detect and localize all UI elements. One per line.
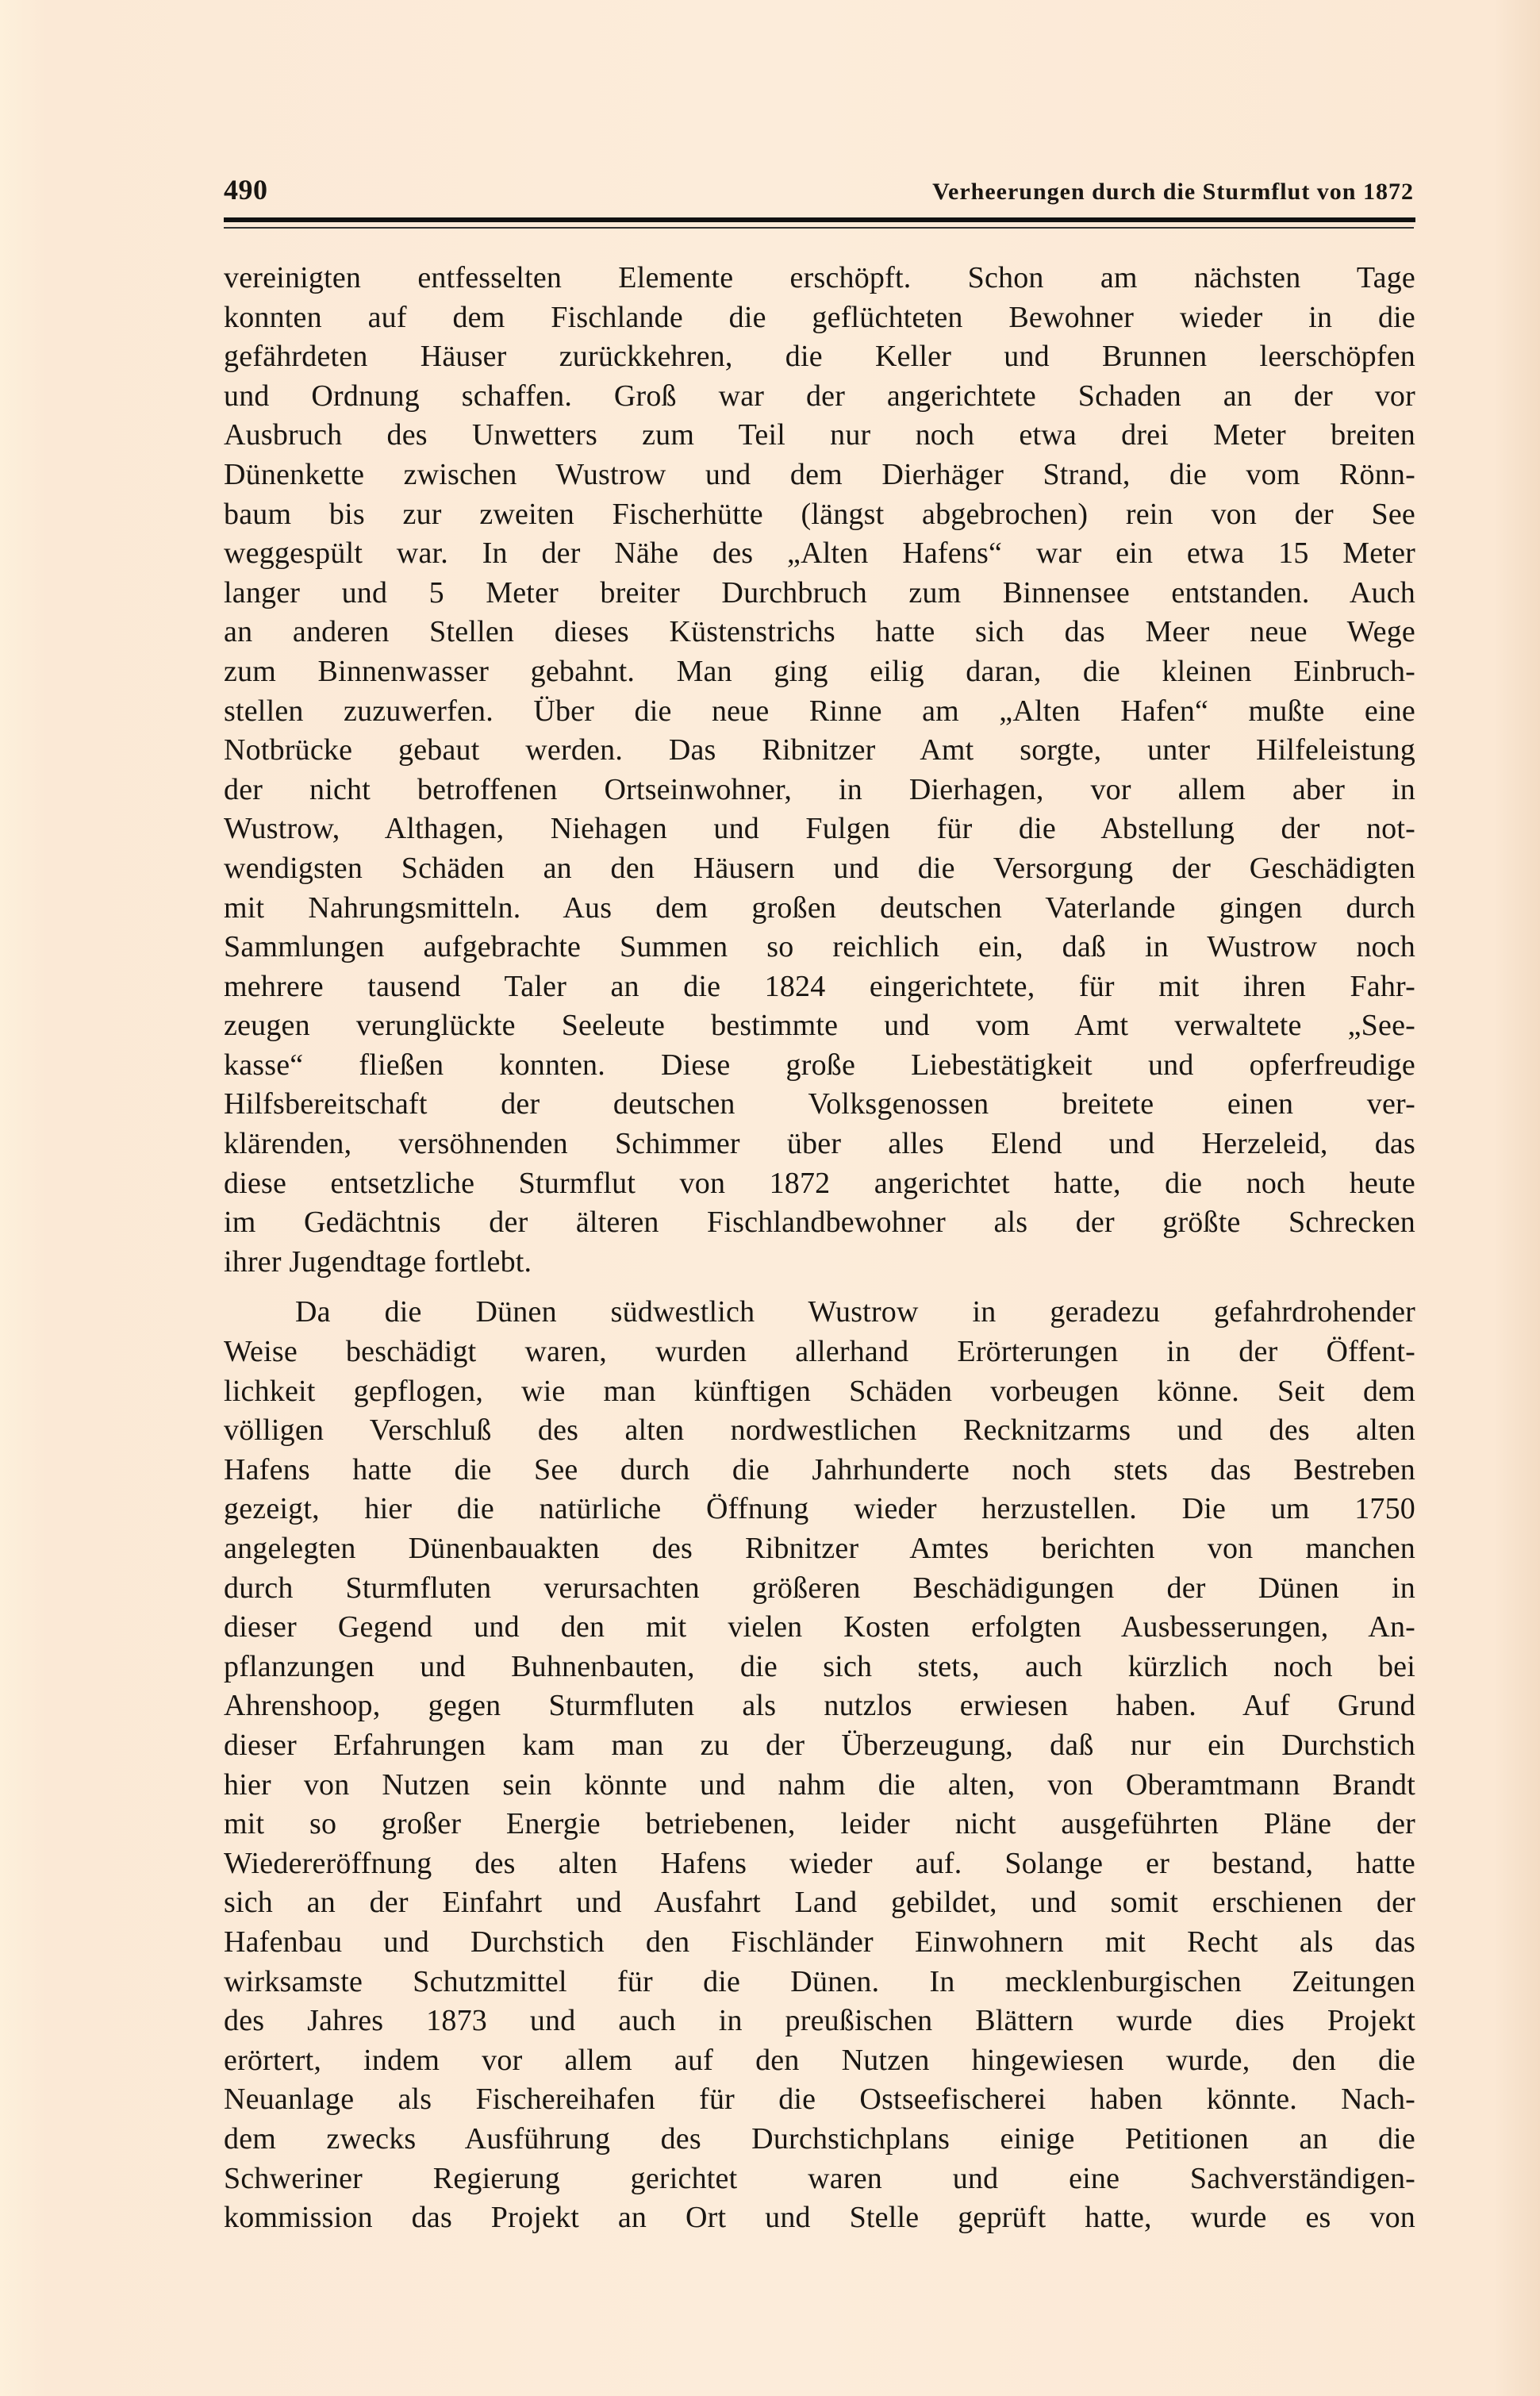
text-line: an anderen Stellen dieses Küstenstrichs … xyxy=(224,613,1415,652)
text-line: mit Nahrungsmitteln. Aus dem großen deut… xyxy=(224,889,1415,929)
text-line: gefährdeten Häuser zurückkehren, die Kel… xyxy=(224,337,1415,377)
text-line: kommission das Projekt an Ort und Stelle… xyxy=(224,2198,1415,2238)
text-line: ihrer Jugendtage fortlebt. xyxy=(224,1243,1415,1283)
text-line: Hafens hatte die See durch die Jahrhunde… xyxy=(224,1451,1415,1490)
book-page: 490 Verheerungen durch die Sturmflut von… xyxy=(0,0,1540,2396)
text-line: baum bis zur zweiten Fischerhütte (längs… xyxy=(224,495,1415,535)
text-line: mit so großer Energie betriebenen, leide… xyxy=(224,1805,1415,1844)
text-line: wirksamste Schutzmittel für die Dünen. I… xyxy=(224,1963,1415,2002)
text-line: lichkeit gepflogen, wie man künftigen Sc… xyxy=(224,1372,1415,1412)
text-line: langer und 5 Meter breiter Durchbruch zu… xyxy=(224,574,1415,613)
text-line: gezeigt, hier die natürliche Öffnung wie… xyxy=(224,1490,1415,1529)
text-line: Ahrenshoop, gegen Sturmfluten als nutzlo… xyxy=(224,1686,1415,1726)
text-line: Wiedereröffnung des alten Hafens wieder … xyxy=(224,1844,1415,1884)
text-line: weggespült war. In der Nähe des „Alten H… xyxy=(224,534,1415,574)
text-line: wendigsten Schäden an den Häusern und di… xyxy=(224,849,1415,889)
text-line: Weise beschädigt waren, wurden allerhand… xyxy=(224,1333,1415,1372)
text-line: und Ordnung schaffen. Groß war der anger… xyxy=(224,377,1415,417)
text-line: konnten auf dem Fischlande die geflüchte… xyxy=(224,298,1415,338)
text-line: Notbrücke gebaut werden. Das Ribnitzer A… xyxy=(224,731,1415,771)
text-line: kasse“ fließen konnten. Diese große Lieb… xyxy=(224,1046,1415,1086)
text-line: vereinigten entfesselten Elemente erschö… xyxy=(224,259,1415,298)
page-number: 490 xyxy=(224,173,268,206)
text-line: Hafenbau und Durchstich den Fischländer … xyxy=(224,1923,1415,1963)
text-line: Schweriner Regierung gerichtet waren und… xyxy=(224,2159,1415,2199)
text-line: Da die Dünen südwestlich Wustrow in gera… xyxy=(224,1293,1415,1333)
text-line: angelegten Dünenbauakten des Ribnitzer A… xyxy=(224,1529,1415,1569)
text-line: erörtert, indem vor allem auf den Nutzen… xyxy=(224,2041,1415,2081)
page-header: 490 Verheerungen durch die Sturmflut von… xyxy=(224,173,1414,221)
text-line: zeugen verunglückte Seeleute bestimmte u… xyxy=(224,1006,1415,1046)
running-title: Verheerungen durch die Sturmflut von 187… xyxy=(932,179,1414,206)
paragraph-gap xyxy=(224,1282,1415,1293)
text-line: zum Binnenwasser gebahnt. Man ging eilig… xyxy=(224,652,1415,692)
text-line: dieser Erfahrungen kam man zu der Überze… xyxy=(224,1726,1415,1766)
text-line: pflanzungen und Buhnenbauten, die sich s… xyxy=(224,1648,1415,1687)
text-line: durch Sturmfluten verursachten größeren … xyxy=(224,1569,1415,1609)
body-text: vereinigten entfesselten Elemente erschö… xyxy=(224,259,1415,2238)
header-rule-thick xyxy=(224,217,1415,222)
text-line: im Gedächtnis der älteren Fischlandbewoh… xyxy=(224,1203,1415,1243)
paragraph-1: vereinigten entfesselten Elemente erschö… xyxy=(224,259,1415,1282)
paragraph-2: Da die Dünen südwestlich Wustrow in gera… xyxy=(224,1293,1415,2237)
text-line: Neuanlage als Fischereihafen für die Ost… xyxy=(224,2080,1415,2120)
text-line: der nicht betroffenen Ortseinwohner, in … xyxy=(224,771,1415,810)
text-line: dem zwecks Ausführung des Durchstichplan… xyxy=(224,2120,1415,2159)
text-line: stellen zuzuwerfen. Über die neue Rinne … xyxy=(224,692,1415,732)
text-line: klärenden, versöhnenden Schimmer über al… xyxy=(224,1125,1415,1164)
text-line: Sammlungen aufgebrachte Summen so reichl… xyxy=(224,928,1415,967)
text-line: Dünenkette zwischen Wustrow und dem Dier… xyxy=(224,456,1415,495)
text-line: des Jahres 1873 und auch in preußischen … xyxy=(224,2002,1415,2041)
text-line: diese entsetzliche Sturmflut von 1872 an… xyxy=(224,1164,1415,1204)
text-line: Hilfsbereitschaft der deutschen Volksgen… xyxy=(224,1085,1415,1125)
text-line: Wustrow, Althagen, Niehagen und Fulgen f… xyxy=(224,810,1415,849)
text-line: hier von Nutzen sein könnte und nahm die… xyxy=(224,1766,1415,1806)
text-line: sich an der Einfahrt und Ausfahrt Land g… xyxy=(224,1883,1415,1923)
text-line: dieser Gegend und den mit vielen Kosten … xyxy=(224,1608,1415,1648)
header-rule-thin xyxy=(224,227,1414,229)
text-line: völligen Verschluß des alten nordwestlic… xyxy=(224,1411,1415,1451)
text-line: mehrere tausend Taler an die 1824 einger… xyxy=(224,967,1415,1007)
text-line: Ausbruch des Unwetters zum Teil nur noch… xyxy=(224,416,1415,456)
